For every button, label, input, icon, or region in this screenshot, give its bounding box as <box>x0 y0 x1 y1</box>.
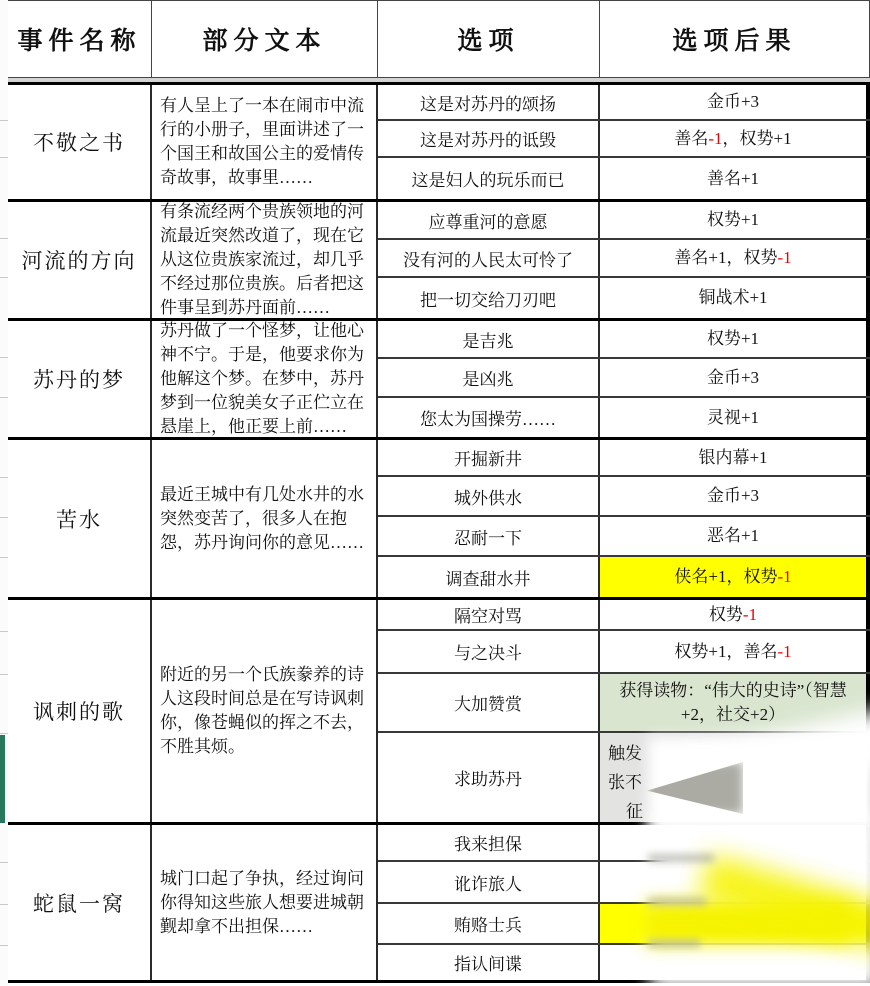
event-name: 苏丹的梦 <box>33 364 125 394</box>
result-cell: 金币+3 <box>600 85 870 119</box>
event-row-group: 河流的方向 有条流经两个贵族领地的河流最近突然改道了，现在它从这位贵族家流过，却… <box>8 199 870 318</box>
row-gridline <box>0 631 8 632</box>
event-text-cell: 附近的另一个氏族豢养的诗人这段时间总是在写诗讽刺你，像苍蝇似的挥之不去，不胜其烦… <box>152 600 378 822</box>
option-row: 您太为国操劳…… 灵视+1 <box>378 398 870 437</box>
option-cell: 您太为国操劳…… <box>378 398 600 437</box>
option-row: 贿赂士兵 <box>378 904 870 945</box>
result-cell-obscured <box>600 945 870 980</box>
event-text-cell: 城门口起了争执，经过询问你得知这些旅人想要进城朝觐却拿不出担保…… <box>152 825 378 980</box>
option-cell: 是凶兆 <box>378 359 600 396</box>
option-cell: 是吉兆 <box>378 321 600 357</box>
event-name-cell: 不敬之书 <box>8 85 152 199</box>
event-text-cell: 最近王城中有几处水井的水突然变苦了，很多人在抱怨，苏丹询问你的意见…… <box>152 440 378 597</box>
option-row: 调查甜水井 侠名+1，权势-1 <box>378 557 870 597</box>
spreadsheet-edge-sliver <box>0 0 8 986</box>
option-row: 与之决斗 权势+1，善名-1 <box>378 631 870 674</box>
row-gridline <box>0 120 8 121</box>
option-row: 是凶兆 金币+3 <box>378 359 870 398</box>
event-name-cell: 河流的方向 <box>8 202 152 318</box>
option-row: 忍耐一下 恶名+1 <box>378 517 870 557</box>
row-gridline <box>0 157 8 158</box>
event-name: 不敬之书 <box>33 127 125 157</box>
event-name: 河流的方向 <box>22 245 137 275</box>
result-cell-obscured <box>600 904 870 943</box>
result-cell: 灵视+1 <box>600 398 870 437</box>
result-cell: 铜战术+1 <box>600 278 870 318</box>
event-table: 事件名称 部分文本 选项 选项后果 不敬之书 有人呈上了一本在闹市中流行的小册子… <box>8 0 870 983</box>
row-gridline <box>0 904 8 905</box>
event-text: 最近王城中有几处水井的水突然变苦了，很多人在抱怨，苏丹询问你的意见…… <box>160 483 368 555</box>
result-cell-obscured <box>600 862 870 902</box>
result-cell: 善名-1，权势+1 <box>600 121 870 156</box>
event-text: 城门口起了争执，经过询问你得知这些旅人想要进城朝觐却拿不出担保…… <box>160 867 368 939</box>
option-cell: 与之决斗 <box>378 631 600 672</box>
event-name-cell: 蛇鼠一窝 <box>8 825 152 980</box>
header-row: 事件名称 部分文本 选项 选项后果 <box>8 0 870 78</box>
option-cell: 没有河的人民太可怜了 <box>378 240 600 276</box>
option-row: 这是对苏丹的颂扬 金币+3 <box>378 85 870 121</box>
result-cell-obscured <box>600 825 870 860</box>
result-cell: 金币+3 <box>600 477 870 515</box>
result-cell-highlighted: 获得读物：“伟大的史诗”（智慧+2，社交+2） <box>600 674 870 731</box>
row-gridline <box>0 397 8 398</box>
result-cell: 善名+1，权势-1 <box>600 240 870 276</box>
result-cell: 金币+3 <box>600 359 870 396</box>
row-gridline <box>0 945 8 946</box>
option-cell: 把一切交给刀刃吧 <box>378 278 600 318</box>
event-name-cell: 讽刺的歌 <box>8 600 152 822</box>
option-row: 开掘新井 银内幕+1 <box>378 440 870 477</box>
row-gridline <box>0 674 8 675</box>
option-cell: 我来担保 <box>378 825 600 860</box>
result-cell: 权势+1 <box>600 202 870 238</box>
event-text-cell: 有人呈上了一本在闹市中流行的小册子，里面讲述了一个国王和故国公主的爱情传奇故事，… <box>152 85 378 199</box>
option-cell: 讹诈旅人 <box>378 862 600 902</box>
option-row: 我来担保 <box>378 825 870 862</box>
event-name: 讽刺的歌 <box>33 696 125 726</box>
event-text-cell: 有条流经两个贵族领地的河流最近突然改道了，现在它从这位贵族家流过，却几乎不经过那… <box>152 202 378 318</box>
row-gridline <box>0 557 8 558</box>
row-gridline <box>0 733 8 734</box>
header-cell-result: 选项后果 <box>600 1 870 77</box>
event-name-cell: 苦水 <box>8 440 152 597</box>
event-text: 苏丹做了一个怪梦，让他心神不宁。于是，他要求你为他解这个梦。在梦中，苏丹梦到一位… <box>160 319 368 439</box>
green-sidebar <box>0 735 5 823</box>
option-cell: 这是对苏丹的诋毁 <box>378 121 600 156</box>
option-cell: 这是对苏丹的颂扬 <box>378 85 600 119</box>
option-cell: 应尊重河的意愿 <box>378 202 600 238</box>
event-row-group: 不敬之书 有人呈上了一本在闹市中流行的小册子，里面讲述了一个国王和故国公主的爱情… <box>8 82 870 199</box>
header-cell-text: 部分文本 <box>152 1 378 77</box>
event-row-group: 蛇鼠一窝 城门口起了争执，经过询问你得知这些旅人想要进城朝觐却拿不出担保…… 我… <box>8 822 870 980</box>
event-row-group: 苏丹的梦 苏丹做了一个怪梦，让他心神不宁。于是，他要求你为他解这个梦。在梦中，苏… <box>8 318 870 437</box>
option-row: 讹诈旅人 <box>378 862 870 904</box>
option-row: 没有河的人民太可怜了 善名+1，权势-1 <box>378 240 870 278</box>
result-cell-highlighted: 侠名+1，权势-1 <box>600 557 870 597</box>
option-row: 求助苏丹 触发张不征 <box>378 733 870 822</box>
event-row-group: 苦水 最近王城中有几处水井的水突然变苦了，很多人在抱怨，苏丹询问你的意见…… 开… <box>8 437 870 597</box>
option-cell: 指认间谍 <box>378 945 600 980</box>
option-row: 隔空对骂 权势-1 <box>378 600 870 631</box>
option-cell: 城外供水 <box>378 477 600 515</box>
result-cell: 权势-1 <box>600 600 870 629</box>
event-text: 附近的另一个氏族豢养的诗人这段时间总是在写诗讽刺你，像苍蝇似的挥之不去，不胜其烦… <box>160 663 368 759</box>
event-name-cell: 苏丹的梦 <box>8 321 152 437</box>
row-gridline <box>0 862 8 863</box>
option-cell: 这是妇人的玩乐而已 <box>378 158 600 199</box>
event-name: 蛇鼠一窝 <box>33 888 125 918</box>
option-cell: 贿赂士兵 <box>378 904 600 943</box>
option-row: 是吉兆 权势+1 <box>378 321 870 359</box>
option-cell: 忍耐一下 <box>378 517 600 555</box>
event-name: 苦水 <box>56 504 102 534</box>
option-row: 指认间谍 <box>378 945 870 980</box>
option-cell: 隔空对骂 <box>378 600 600 629</box>
option-cell: 开掘新井 <box>378 440 600 475</box>
result-cell: 银内幕+1 <box>600 440 870 475</box>
result-cell-obscured: 触发张不征 <box>600 733 870 822</box>
option-row: 应尊重河的意愿 权势+1 <box>378 202 870 240</box>
header-cell-option: 选项 <box>378 1 600 77</box>
result-cell: 善名+1 <box>600 158 870 199</box>
option-cell: 大加赞赏 <box>378 674 600 731</box>
event-text: 有人呈上了一本在闹市中流行的小册子，里面讲述了一个国王和故国公主的爱情传奇故事，… <box>160 94 368 190</box>
option-cell: 求助苏丹 <box>378 733 600 822</box>
option-cell: 调查甜水井 <box>378 557 600 597</box>
option-row: 大加赞赏 获得读物：“伟大的史诗”（智慧+2，社交+2） <box>378 674 870 733</box>
result-cell: 权势+1 <box>600 321 870 357</box>
table-screenshot: 事件名称 部分文本 选项 选项后果 不敬之书 有人呈上了一本在闹市中流行的小册子… <box>0 0 870 986</box>
option-row: 把一切交给刀刃吧 铜战术+1 <box>378 278 870 318</box>
row-gridline <box>0 357 8 358</box>
row-gridline <box>0 277 8 278</box>
result-cell: 权势+1，善名-1 <box>600 631 870 672</box>
option-row: 这是对苏丹的诋毁 善名-1，权势+1 <box>378 121 870 158</box>
row-gridline <box>0 517 8 518</box>
event-row-group: 讽刺的歌 附近的另一个氏族豢养的诗人这段时间总是在写诗讽刺你，像苍蝇似的挥之不去… <box>8 597 870 822</box>
row-gridline <box>0 477 8 478</box>
option-row: 这是妇人的玩乐而已 善名+1 <box>378 158 870 199</box>
header-cell-event: 事件名称 <box>8 1 152 77</box>
row-gridline <box>0 238 8 239</box>
event-text-cell: 苏丹做了一个怪梦，让他心神不宁。于是，他要求你为他解这个梦。在梦中，苏丹梦到一位… <box>152 321 378 437</box>
event-text: 有条流经两个贵族领地的河流最近突然改道了，现在它从这位贵族家流过，却几乎不经过那… <box>160 200 368 320</box>
option-row: 城外供水 金币+3 <box>378 477 870 517</box>
result-cell: 恶名+1 <box>600 517 870 555</box>
